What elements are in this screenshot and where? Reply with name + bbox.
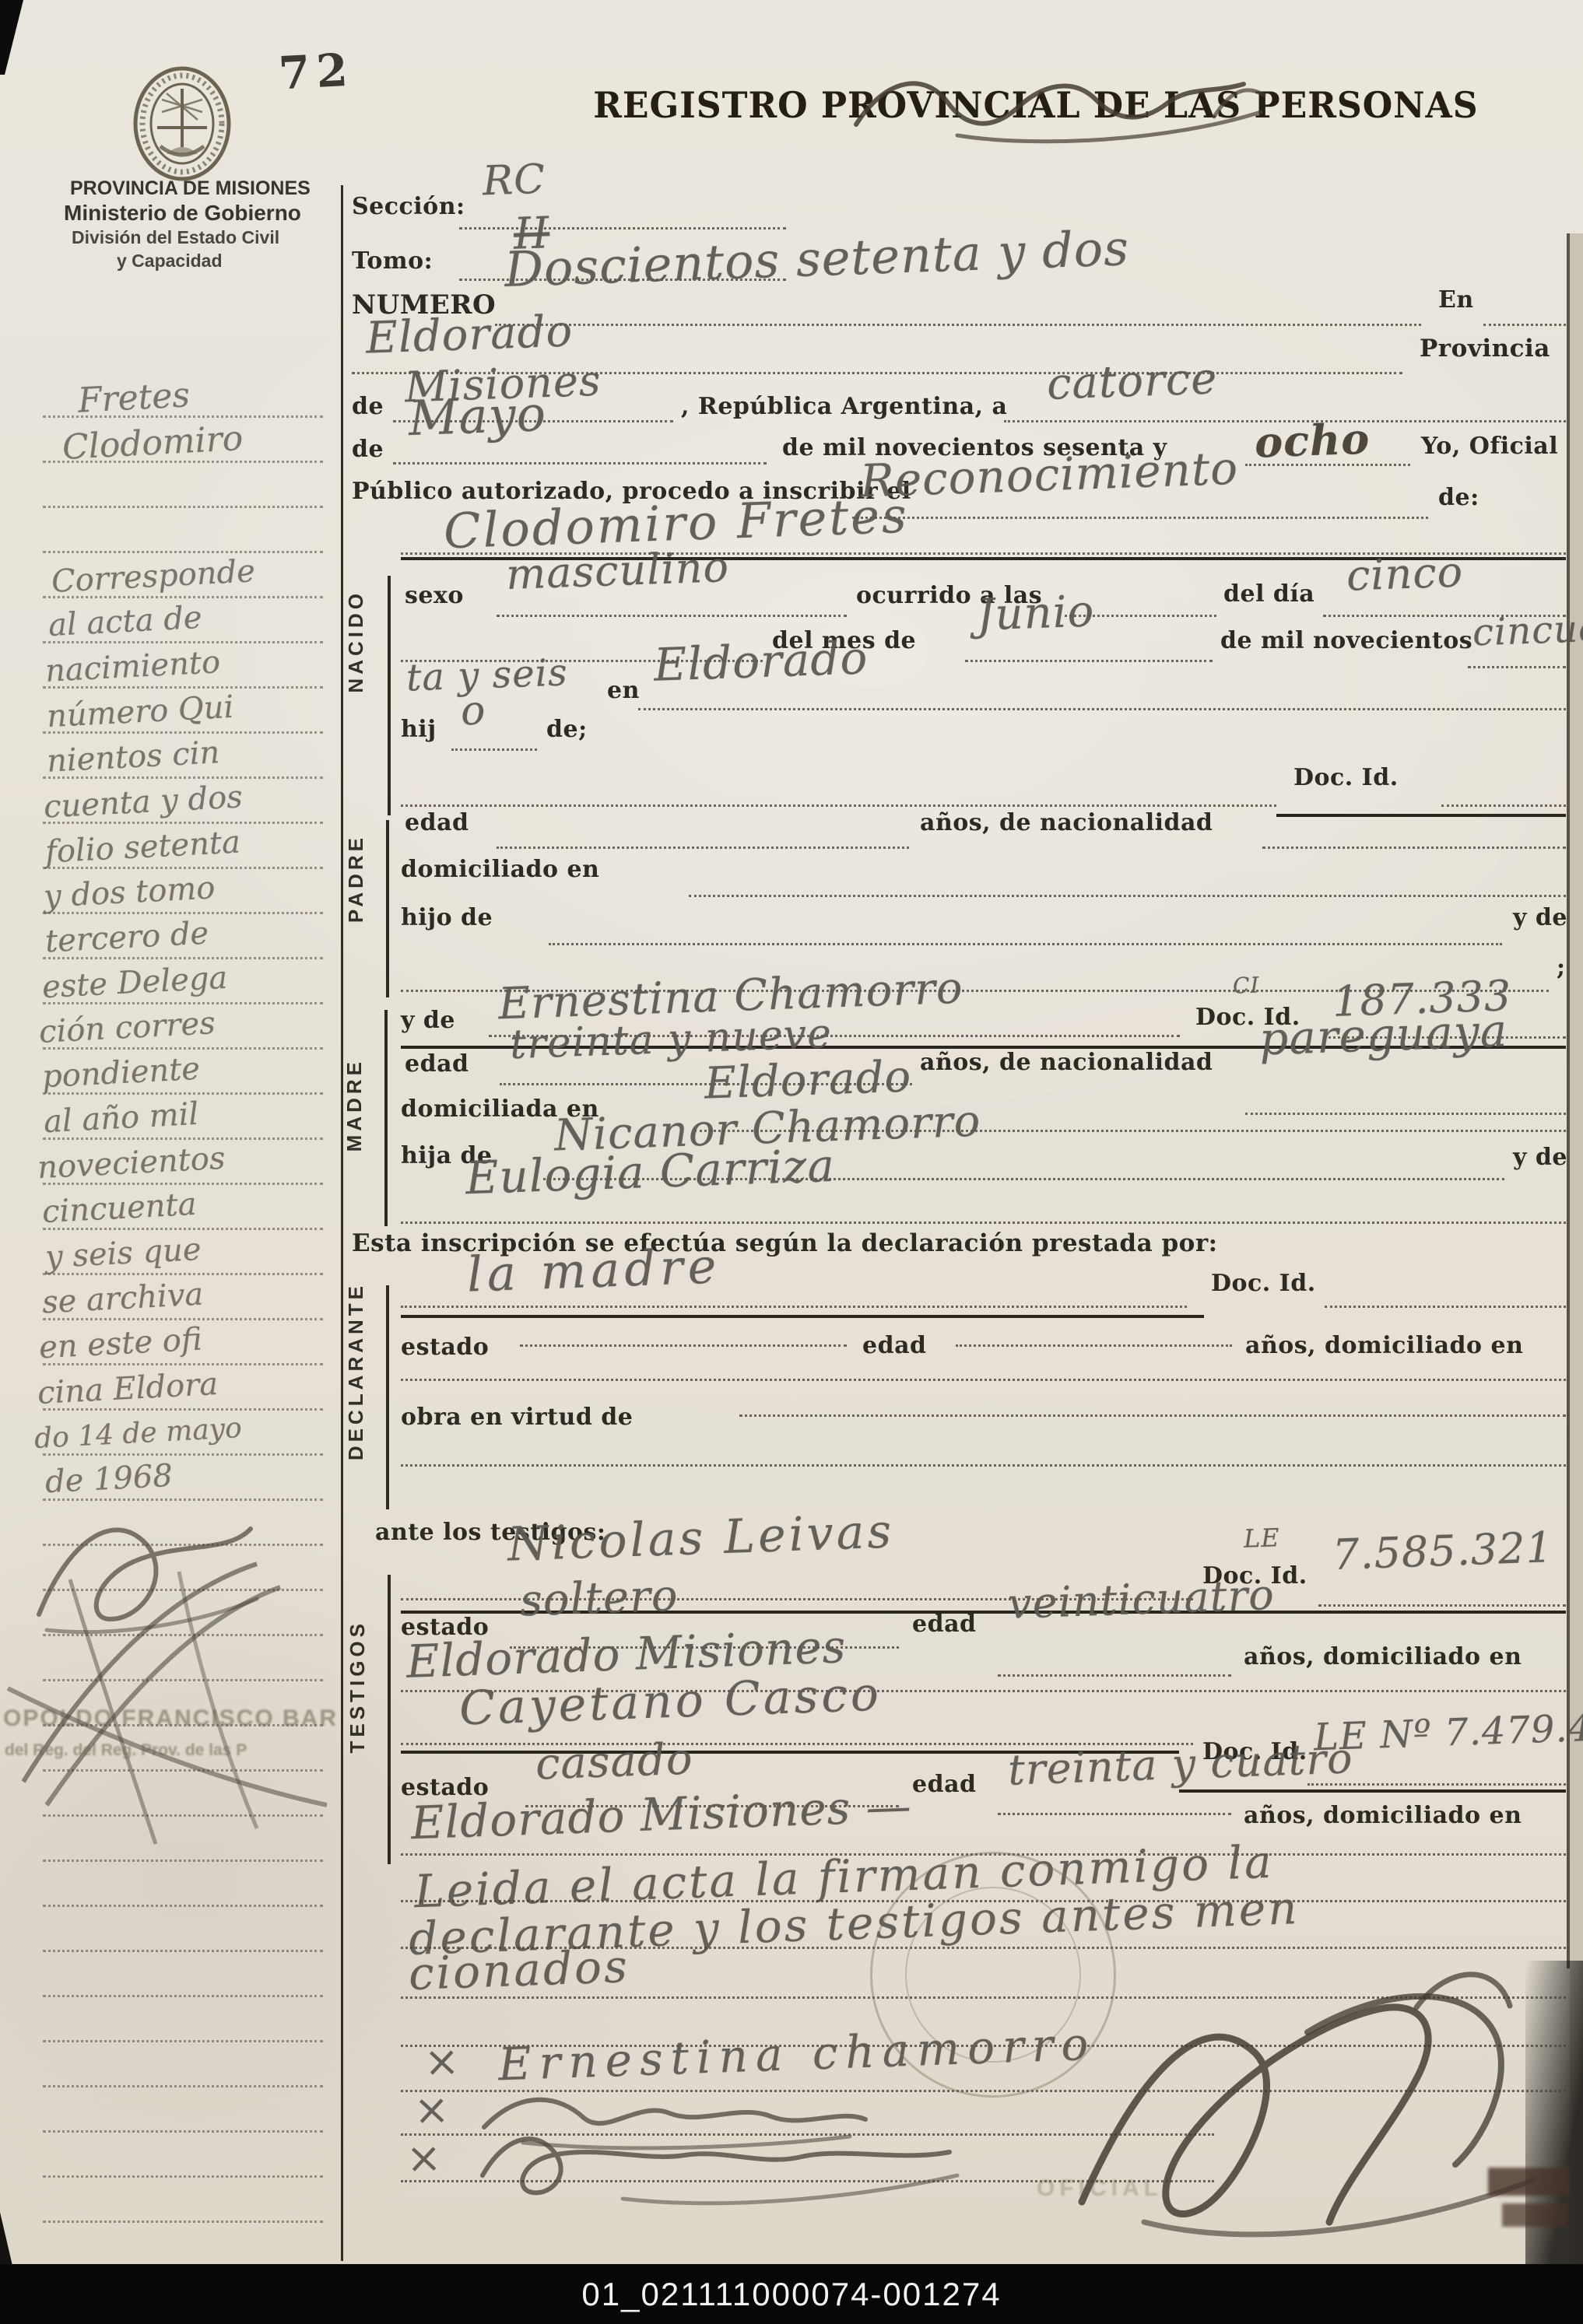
archive-code: 01_021111000074-001274 [581, 2276, 1001, 2313]
declarante-value: la madre [466, 1237, 722, 1302]
margin-ruled-line [43, 1228, 323, 1230]
letterhead-ministry: Ministerio de Gobierno [64, 201, 301, 226]
testigo2-domicilio-label: años, domiciliado en [1244, 1802, 1522, 1829]
field-line [1441, 804, 1566, 807]
margin-note-line: en este ofi [38, 1322, 203, 1366]
section-label-declarante: DECLARANTE [344, 1282, 368, 1460]
margin-ruled-line [43, 2130, 323, 2133]
testigo1-edad-value: veinticuatro [1007, 1570, 1276, 1628]
en-label-2: en [607, 677, 640, 704]
mes-value: Junio [976, 586, 1095, 640]
lugar-value: Eldorado [653, 631, 869, 692]
field-line [401, 1379, 1566, 1381]
hij-label: hij [401, 716, 437, 743]
field-line [1307, 1783, 1566, 1786]
declarante-doc-label: Doc. Id. [1211, 1270, 1316, 1297]
del-dia-label: del día [1223, 580, 1314, 608]
ink-smudge [1502, 2203, 1567, 2227]
madre-nacionalidad-label: años, de nacionalidad [920, 1049, 1213, 1076]
madre-doc-super: CI [1232, 972, 1260, 998]
section-bar-nacido [388, 576, 391, 815]
margin-ruled-line [43, 1905, 323, 1907]
field-line [1245, 1113, 1566, 1115]
province-seal-icon [131, 65, 233, 182]
margin-note-line: do 14 de mayo [33, 1412, 243, 1455]
section-bar-testigos [388, 1575, 391, 1864]
doc-id-label-nacido: Doc. Id. [1293, 764, 1399, 791]
margin-official-stamp-line-2: del Reg. del Reg. Prov. de las P [5, 1741, 247, 1760]
section-rule [401, 1315, 1204, 1318]
margin-note-line: este Delega [41, 960, 228, 1005]
section-bar-declarante [386, 1285, 389, 1509]
margin-note-line: y dos tomo [43, 870, 216, 914]
field-line [497, 615, 847, 617]
anio-value-cont: ta y seis [405, 650, 568, 699]
field-line [401, 1306, 1187, 1308]
section-rule [1276, 814, 1566, 817]
day-value: catorce [1046, 353, 1218, 410]
field-line [520, 1344, 847, 1347]
field-line [549, 943, 1502, 945]
testigo1-nombre-value: Nicolas Leivas [507, 1504, 895, 1572]
testigo2-edad-label: edad [912, 1771, 976, 1798]
letterhead-division-1: División del Estado Civil [72, 227, 279, 248]
witness-signature-scrawl-2 [467, 2121, 965, 2214]
margin-note-line: cincuenta [41, 1187, 198, 1230]
month-value: Mayo [408, 385, 547, 447]
witness-mark-3: × [405, 2133, 443, 2183]
field-line [998, 1813, 1231, 1815]
year-value: ocho [1254, 413, 1371, 467]
madre-y-de-label-2: y de [1513, 1144, 1567, 1171]
novecientos-label: de mil novecientos [1220, 627, 1472, 654]
section-label-padre: PADRE [344, 834, 368, 923]
sexo-value: masculino [505, 542, 730, 599]
testigo1-estado-value: soltero [519, 1570, 679, 1626]
cierre-linea-3: cionados [408, 1940, 630, 2000]
margin-note-line: cuenta y dos [43, 779, 244, 825]
page-number-stamp: 72 [277, 44, 355, 100]
margin-ruled-line [43, 1453, 323, 1456]
margin-divider-line [341, 185, 343, 2261]
place-value: Eldorado [365, 306, 574, 363]
margin-ruled-line [43, 1995, 323, 1997]
margin-note-line: número Qui [46, 689, 234, 735]
margin-ruled-line [43, 551, 323, 553]
provincia-label: Provincia [1420, 335, 1550, 363]
padre-nacionalidad-label: años, de nacionalidad [920, 809, 1213, 836]
witness-mark-2: × [413, 2084, 451, 2135]
official-signature-scrawl [1051, 1961, 1580, 2264]
obra-label: obra en virtud de [401, 1404, 633, 1431]
madre-abuela-value: Eulogia Carriza [465, 1139, 836, 1205]
madre-y-de-label: y de [401, 1007, 455, 1034]
field-line [1318, 1604, 1566, 1607]
letterhead-division-2: y Capacidad [117, 251, 223, 272]
margin-ruled-line [43, 2175, 323, 2178]
round-ink-seal [870, 1852, 1116, 2098]
field-line [965, 660, 1213, 662]
top-annotation-scrawl [841, 61, 1276, 146]
yo-oficial-label: Yo, Oficial [1421, 433, 1558, 460]
declarante-estado-label: estado [401, 1334, 489, 1361]
de-colon-label: de: [1438, 484, 1479, 511]
hij-fill-value: o [460, 687, 486, 734]
sexo-label: sexo [405, 582, 464, 609]
de-label-2: de [352, 436, 384, 463]
field-line [401, 804, 1276, 807]
testigo1-edad-label: edad [912, 1611, 976, 1638]
field-line [459, 227, 786, 230]
witness-mark-1: × [423, 2036, 461, 2087]
letterhead-province: PROVINCIA DE MISIONES [70, 177, 311, 200]
margin-note-line: nientos cin [46, 734, 220, 780]
padre-semicolon: ; [1557, 954, 1566, 981]
padre-hijo-label: hijo de [401, 904, 493, 931]
madre-edad-label: edad [405, 1050, 469, 1078]
field-line [956, 1344, 1232, 1347]
field-line [401, 1222, 1566, 1224]
margin-ruled-line [43, 2040, 323, 2042]
margin-note-line: y seis que [44, 1232, 202, 1275]
bottom-stamp-fragment: OFICIAL [1037, 2175, 1163, 2202]
margin-note-line: se archiva [41, 1277, 204, 1321]
margin-note-line: cina Eldora [37, 1366, 219, 1411]
anio-value: cincuen [1472, 606, 1583, 655]
numero-value: Doscientos setenta y dos [504, 219, 1130, 298]
seccion-value: RC [482, 156, 546, 205]
margin-note-line: pondiente [41, 1051, 201, 1095]
margin-note-line: Corresponde [51, 553, 256, 600]
field-line [497, 847, 909, 849]
section-label-nacido: NACIDO [344, 590, 368, 693]
field-line [401, 1464, 1566, 1467]
testigo2-estado-value: casado [535, 1733, 694, 1789]
field-line [1262, 847, 1566, 849]
padre-domicilio-label: domiciliado en [401, 856, 599, 883]
madre-nacionalidad-value: pareguaya [1258, 1004, 1508, 1065]
margin-note-line: folio setenta [44, 824, 241, 870]
section-label-madre: MADRE [342, 1058, 367, 1151]
testigo2-doc-value: LE Nº 7.479.492 [1313, 1705, 1583, 1760]
margin-ruled-line [43, 2085, 323, 2087]
padre-y-de-label: y de [1513, 904, 1567, 931]
field-line [852, 517, 1428, 519]
field-line [1245, 464, 1410, 466]
section-label-testigos: TESTIGOS [346, 1620, 370, 1753]
ink-smudge [1488, 2168, 1569, 2196]
republica-label: , República Argentina, a [681, 393, 1007, 420]
en-label: En [1438, 286, 1474, 314]
margin-ruled-line [43, 1363, 323, 1365]
margin-surname: Fretes [77, 375, 191, 420]
testigo1-doc-super: LE [1243, 1523, 1280, 1554]
hij-de-label: de; [546, 716, 588, 743]
testigo1-doc-value: 7.585.321 [1332, 1523, 1554, 1579]
margin-note-line: tercero de [44, 916, 209, 960]
padre-edad-label: edad [405, 809, 469, 836]
field-line [451, 748, 537, 751]
margin-ruled-line [43, 2221, 323, 2223]
margin-note-line: al año mil [43, 1096, 199, 1140]
section-bar-madre [384, 1010, 388, 1226]
dia-value: cinco [1346, 547, 1464, 600]
field-line [739, 1414, 1566, 1417]
field-line [1483, 324, 1566, 326]
margin-note-line: nacimiento [44, 644, 221, 689]
de-label-1: de [352, 393, 384, 420]
section-bar-padre [386, 820, 389, 997]
scan-edge-right-strip [1570, 233, 1583, 2264]
scanned-civil-registry-record: 72 REGISTRO PROVINCIAL DE LAS PERSONAS P… [0, 0, 1583, 2324]
margin-note-line: ción corres [38, 1005, 216, 1050]
margin-official-stamp-line-1: OPOLDO FRANCISCO BAR [3, 1705, 338, 1732]
section-rule [1179, 1789, 1566, 1793]
scan-corner-top-left [0, 0, 23, 75]
field-line [495, 324, 1421, 326]
archive-code-bar: 01_021111000074-001274 [0, 2264, 1583, 2324]
scan-corner-bottom-left [0, 2199, 62, 2266]
declarante-domicilio-label: años, domiciliado en [1245, 1332, 1523, 1359]
field-line [393, 462, 767, 464]
margin-ruled-line [43, 1950, 323, 1952]
testigo1-domicilio-label: años, domiciliado en [1244, 1643, 1522, 1670]
declarante-edad-label: edad [862, 1332, 926, 1359]
margin-note-line: novecientos [37, 1141, 226, 1187]
seccion-label: Sección: [352, 193, 465, 220]
field-line [1325, 1306, 1566, 1308]
margin-note-line: al acta de [47, 600, 203, 643]
field-line [638, 708, 1566, 710]
margin-ruled-line [43, 506, 323, 508]
tomo-label: Tomo: [352, 247, 433, 275]
field-line [689, 895, 1566, 897]
field-line [1468, 666, 1566, 668]
margin-note-line: de 1968 [44, 1458, 174, 1501]
field-line [998, 1674, 1231, 1677]
